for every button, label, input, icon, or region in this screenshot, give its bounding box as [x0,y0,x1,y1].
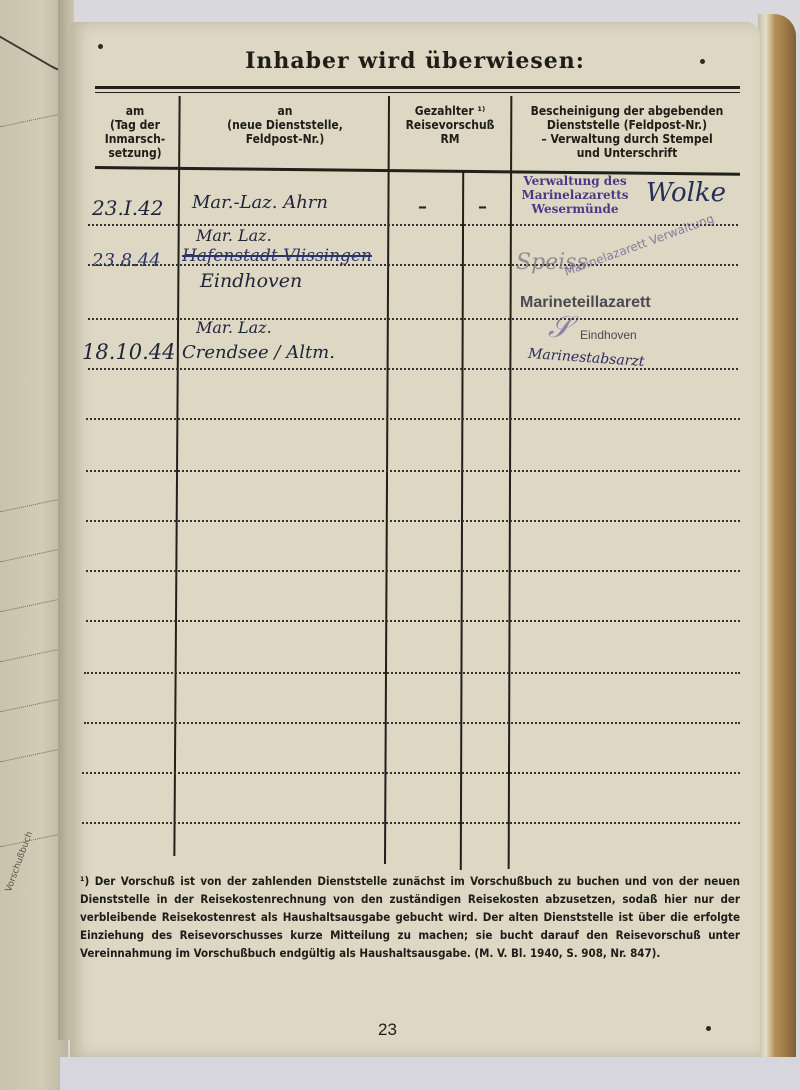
header-line: setzung) [96,146,174,160]
entry-destination: Mar. Laz. [196,226,272,245]
hospital-stamp-location: Eindhoven [580,328,637,342]
left-page-rule [1,549,60,562]
header-line: und Unterschrift [512,146,742,160]
header-line: Inmarsch- [96,132,174,146]
page-edge [758,14,796,1064]
entry-date: 18.10.44 [82,340,176,364]
header-line: am [96,104,174,118]
left-page-rule [1,749,60,762]
left-page-rule [1,599,60,612]
signature-scribble: 𝒮 [548,310,571,345]
row-line [84,672,740,674]
entry-destination: Mar.-Laz. Ahrn [192,192,328,213]
header-line: Gezahlter ¹⁾ [390,104,510,118]
stamp-line: Wesermünde [510,202,640,216]
hospital-stamp: Marineteillazarett [520,294,651,312]
page-title: Inhaber wird überwiesen: [70,48,760,74]
row-line [86,570,740,572]
row-line [88,224,738,226]
entry-rm-pfennig: – [478,196,487,217]
entry-destination: Crendsee / Altm. [182,342,335,363]
left-page-rule [1,699,60,712]
entry-date: 23.8.44 [92,250,161,271]
footnote-text: Der Vorschuß ist von der zahlenden Diens… [80,874,740,960]
row-line [86,620,740,622]
administration-stamp: Verwaltung des Marinelazaretts Wesermünd… [510,174,640,216]
row-line [86,418,740,420]
header-line: an [185,104,385,118]
entry-date: 23.I.42 [92,196,164,220]
header-rule-top-thin [95,92,740,93]
entry-rm-marks: – [418,196,427,217]
background-surface [60,1057,800,1090]
footnote-marker: ¹) [80,874,89,888]
header-line: Dienststelle (Feldpost-Nr.) [512,118,742,132]
column-header-advance: Gezahlter ¹⁾ Reisevorschuß RM [390,104,510,146]
header-line: RM [390,132,510,146]
header-rule-top [95,86,740,89]
row-line [86,520,740,522]
entry-destination: Eindhoven [200,270,302,292]
signature: Wolke [646,178,726,208]
stamp-line: Verwaltung des [510,174,640,188]
footnote: ¹) Der Vorschuß ist von der zahlenden Di… [80,872,740,962]
header-line: Bescheinigung der abgebenden [512,104,742,118]
column-header-date: am (Tag der Inmarsch- setzung) [96,104,174,160]
row-line [82,822,740,824]
page-number: 23 [378,1020,397,1040]
header-line: Feldpost-Nr.) [185,132,385,146]
column-header-certification: Bescheinigung der abgebenden Dienststell… [512,104,742,160]
punch-dot [706,1026,711,1031]
header-line: (Tag der [96,118,174,132]
entry-destination: Mar. Laz. [196,318,272,337]
header-line: (neue Dienststelle, [185,118,385,132]
column-header-destination: an (neue Dienststelle, Feldpost-Nr.) [185,104,385,146]
left-page-rule [1,499,60,512]
stamp-line: Marinelazaretts [510,188,640,202]
row-line [82,772,740,774]
left-page-stamp: Vorschußbuch [4,830,35,893]
entry-destination-struck: Hafenstadt Vlissingen [182,246,372,266]
row-line [86,470,740,472]
row-line [84,722,740,724]
header-line: Reisevorschuß [390,118,510,132]
row-line [88,318,738,320]
header-line: – Verwaltung durch Stempel [512,132,742,146]
left-page-rule [1,649,60,662]
left-page-rule [1,114,60,127]
